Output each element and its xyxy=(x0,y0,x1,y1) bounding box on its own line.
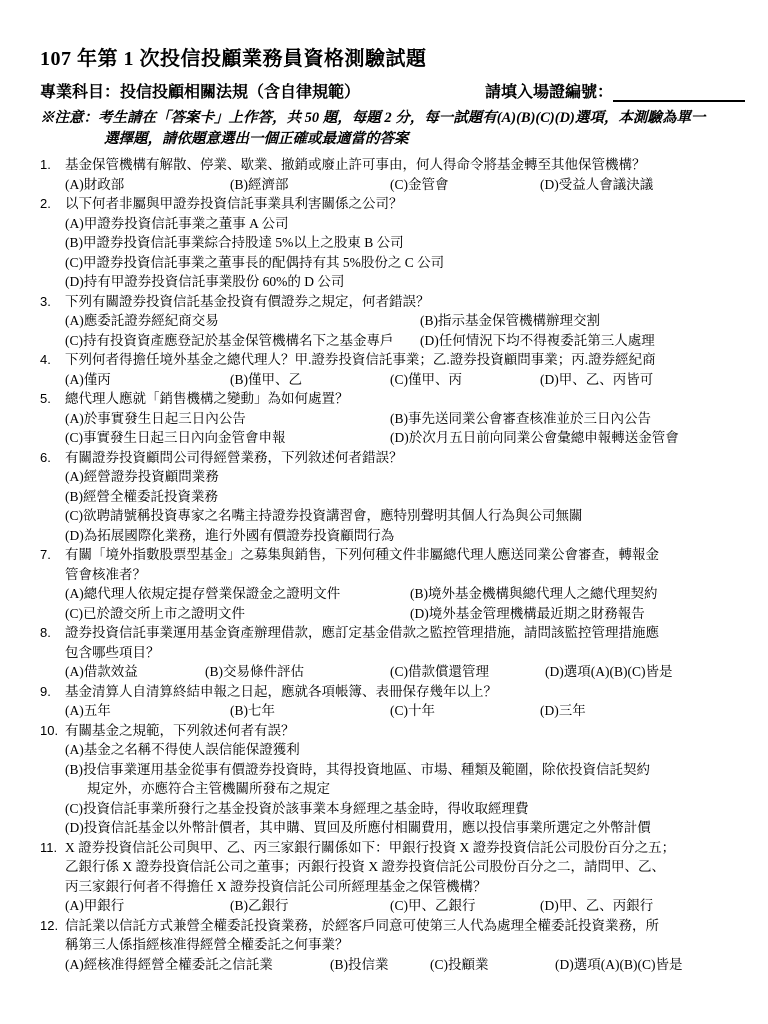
question-6-option-b: (B)經營全權委託投資業務 xyxy=(65,487,745,507)
question-12: 12. 信託業以信託方式兼營全權委託投資業務，於經客戶同意可使第三人代為處理全權… xyxy=(40,916,745,975)
question-2-option-a: (A)甲證券投資信託事業之董事 A 公司 xyxy=(65,214,745,234)
question-5-option-c: (C)事實發生日起三日內向金管會申報 xyxy=(65,428,390,448)
question-5-stem: 總代理人應就「銷售機構之變動」為如何處置？ xyxy=(65,389,745,409)
question-1-stem: 基金保管機構有解散、停業、歇業、撤銷或廢止許可事由，何人得命令將基金轉至其他保管… xyxy=(65,155,745,175)
question-10-option-d: (D)投資信託基金以外幣計價者，其申購、買回及所應付相關費用，應以投信事業所選定… xyxy=(65,818,745,838)
question-8-stem-line1: 證券投資信託事業運用基金資產辦理借款，應訂定基金借款之監控管理措施，請問該監控管… xyxy=(65,623,745,643)
question-9-stem: 基金清算人自清算終結申報之日起，應就各項帳簿、表冊保存幾年以上？ xyxy=(65,682,745,702)
question-8: 8. 證券投資信託事業運用基金資產辦理借款，應訂定基金借款之監控管理措施，請問該… xyxy=(40,623,745,682)
exam-page: 107 年第 1 次投信投顧業務員資格測驗試題 專業科目：投信投顧相關法規（含自… xyxy=(0,0,768,974)
question-9-option-d: (D)三年 xyxy=(540,701,745,721)
question-3-option-a: (A)應委託證券經紀商交易 xyxy=(65,311,420,331)
admission-number-block: 請填入場證編號： xyxy=(485,79,745,102)
question-11-option-a: (A)甲銀行 xyxy=(65,896,230,916)
question-2-option-d: (D)持有甲證券投資信託事業股份 60%的 D 公司 xyxy=(65,272,745,292)
question-5-options-row2: (C)事實發生日起三日內向金管會申報 (D)於次月五日前向同業公會彙總申報轉送金… xyxy=(65,428,745,448)
question-8-option-b: (B)交易條件評估 xyxy=(205,662,390,682)
question-1-options: (A)財政部 (B)經濟部 (C)金管會 (D)受益人會議決議 xyxy=(65,175,745,195)
question-2-stem: 以下何者非屬與甲證券投資信託事業具利害關係之公司？ xyxy=(65,194,745,214)
question-8-option-d: (D)選項(A)(B)(C)皆是 xyxy=(545,662,745,682)
question-7-number: 7. xyxy=(40,545,65,623)
question-9-option-a: (A)五年 xyxy=(65,701,230,721)
question-1-option-a: (A)財政部 xyxy=(65,175,230,195)
question-11-option-b: (B)乙銀行 xyxy=(230,896,390,916)
question-4-option-d: (D)甲、乙、丙皆可 xyxy=(540,370,745,390)
question-1-number: 1. xyxy=(40,155,65,194)
question-10-option-b-line1: (B)投信事業運用基金從事有價證券投資時，其得投資地區、市場、種類及範圍，除依投… xyxy=(65,760,745,780)
question-5: 5. 總代理人應就「銷售機構之變動」為如何處置？ (A)於事實發生日起三日內公告… xyxy=(40,389,745,448)
question-11-number: 11. xyxy=(40,838,65,916)
question-7: 7. 有關「境外指數股票型基金」之募集與銷售，下列何種文件非屬總代理人應送同業公… xyxy=(40,545,745,623)
question-4-option-b: (B)僅甲、乙 xyxy=(230,370,390,390)
question-2-option-c: (C)甲證券投資信託事業之董事長的配偶持有其 5%股份之 C 公司 xyxy=(65,253,745,273)
question-10-option-b-line2: 規定外，亦應符合主管機關所發布之規定 xyxy=(65,779,745,799)
question-6-option-d: (D)為拓展國際化業務，進行外國有價證券投資顧問行為 xyxy=(65,526,745,546)
admission-number-blank-field xyxy=(613,87,745,102)
question-11-option-d: (D)甲、乙、丙銀行 xyxy=(540,896,745,916)
question-8-option-c: (C)借款償還管理 xyxy=(390,662,545,682)
question-3: 3. 下列有關證券投資信託基金投資有價證券之規定，何者錯誤？ (A)應委託證券經… xyxy=(40,292,745,351)
question-12-stem-line2: 稱第三人係指經核准得經營全權委託之何事業？ xyxy=(65,935,745,955)
admission-number-label: 請填入場證編號： xyxy=(485,79,613,102)
question-9-option-b: (B)七年 xyxy=(230,701,390,721)
question-7-stem-line1: 有關「境外指數股票型基金」之募集與銷售，下列何種文件非屬總代理人應送同業公會審查… xyxy=(65,545,745,565)
question-6-option-a: (A)經營證券投資顧問業務 xyxy=(65,467,745,487)
question-7-option-b: (B)境外基金機構與總代理人之總代理契約 xyxy=(410,584,745,604)
question-3-option-c: (C)持有投資資產應登記於基金保管機構名下之基金專戶 xyxy=(65,331,420,351)
question-11-stem-line1: X 證券投資信託公司與甲、乙、丙三家銀行關係如下：甲銀行投資 X 證券投資信託公… xyxy=(65,838,745,858)
question-11: 11. X 證券投資信託公司與甲、乙、丙三家銀行關係如下：甲銀行投資 X 證券投… xyxy=(40,838,745,916)
question-8-options: (A)借款效益 (B)交易條件評估 (C)借款償還管理 (D)選項(A)(B)(… xyxy=(65,662,745,682)
question-12-option-b: (B)投信業 xyxy=(330,955,430,975)
question-9: 9. 基金清算人自清算終結申報之日起，應就各項帳簿、表冊保存幾年以上？ (A)五… xyxy=(40,682,745,721)
exam-notice-line1: ※注意：考生請在「答案卡」上作答，共 50 題，每題 2 分，每一試題有(A)(… xyxy=(40,108,745,129)
question-4-stem: 下列何者得擔任境外基金之總代理人？甲.證券投資信託事業；乙.證券投資顧問事業；丙… xyxy=(65,350,745,370)
question-12-option-c: (C)投顧業 xyxy=(430,955,555,975)
question-1-option-d: (D)受益人會議決議 xyxy=(540,175,745,195)
question-3-options-row2: (C)持有投資資產應登記於基金保管機構名下之基金專戶 (D)任何情況下均不得複委… xyxy=(65,331,745,351)
question-8-number: 8. xyxy=(40,623,65,682)
question-10: 10. 有關基金之規範，下列敘述何者有誤？ (A)基金之名稱不得使人誤信能保證獲… xyxy=(40,721,745,838)
question-3-stem: 下列有關證券投資信託基金投資有價證券之規定，何者錯誤？ xyxy=(65,292,745,312)
question-5-option-a: (A)於事實發生日起三日內公告 xyxy=(65,409,390,429)
question-11-options: (A)甲銀行 (B)乙銀行 (C)甲、乙銀行 (D)甲、乙、丙銀行 xyxy=(65,896,745,916)
question-10-option-a: (A)基金之名稱不得使人誤信能保證獲利 xyxy=(65,740,745,760)
question-12-options: (A)經核准得經營全權委託之信託業 (B)投信業 (C)投顧業 (D)選項(A)… xyxy=(65,955,745,975)
question-11-stem-line2: 乙銀行係 X 證券投資信託公司之董事；丙銀行投資 X 證券投資信託公司股份百分之… xyxy=(65,857,745,877)
question-10-stem: 有關基金之規範，下列敘述何者有誤？ xyxy=(65,721,745,741)
question-7-stem-line2: 管會核准者？ xyxy=(65,565,745,585)
question-4-options: (A)僅丙 (B)僅甲、乙 (C)僅甲、丙 (D)甲、乙、丙皆可 xyxy=(65,370,745,390)
question-5-number: 5. xyxy=(40,389,65,448)
question-11-stem-line3: 丙三家銀行何者不得擔任 X 證券投資信託公司所經理基金之保管機構？ xyxy=(65,877,745,897)
question-5-option-d: (D)於次月五日前向同業公會彙總申報轉送金管會 xyxy=(390,428,745,448)
exam-notice-line2: 選擇題，請依題意選出一個正確或最適當的答案 xyxy=(40,129,745,150)
question-12-number: 12. xyxy=(40,916,65,975)
question-5-options-row1: (A)於事實發生日起三日內公告 (B)事先送同業公會審查核准並於三日內公告 xyxy=(65,409,745,429)
question-7-options-row2: (C)已於證交所上市之證明文件 (D)境外基金管理機構最近期之財務報告 xyxy=(65,604,745,624)
question-3-options-row1: (A)應委託證券經紀商交易 (B)指示基金保管機構辦理交割 xyxy=(65,311,745,331)
question-2-number: 2. xyxy=(40,194,65,292)
question-3-number: 3. xyxy=(40,292,65,351)
question-6-option-c: (C)欲聘請號稱投資專家之名嘴主持證券投資講習會，應特別聲明其個人行為與公司無關 xyxy=(65,506,745,526)
question-8-option-a: (A)借款效益 xyxy=(65,662,205,682)
question-9-option-c: (C)十年 xyxy=(390,701,540,721)
question-7-option-a: (A)總代理人依規定提存營業保證金之證明文件 xyxy=(65,584,410,604)
question-10-number: 10. xyxy=(40,721,65,838)
question-1-option-b: (B)經濟部 xyxy=(230,175,390,195)
question-8-stem-line2: 包含哪些項目？ xyxy=(65,643,745,663)
question-10-option-c: (C)投資信託事業所發行之基金投資於該事業本身經理之基金時，得收取經理費 xyxy=(65,799,745,819)
question-6-number: 6. xyxy=(40,448,65,546)
question-5-option-b: (B)事先送同業公會審查核准並於三日內公告 xyxy=(390,409,745,429)
subject-row: 專業科目：投信投顧相關法規（含自律規範） 請填入場證編號： xyxy=(40,79,745,102)
question-1: 1. 基金保管機構有解散、停業、歇業、撤銷或廢止許可事由，何人得命令將基金轉至其… xyxy=(40,155,745,194)
question-2-option-b: (B)甲證券投資信託事業綜合持股達 5%以上之股東 B 公司 xyxy=(65,233,745,253)
question-list: 1. 基金保管機構有解散、停業、歇業、撤銷或廢止許可事由，何人得命令將基金轉至其… xyxy=(40,155,745,974)
question-4-option-a: (A)僅丙 xyxy=(65,370,230,390)
question-11-option-c: (C)甲、乙銀行 xyxy=(390,896,540,916)
page-title: 107 年第 1 次投信投顧業務員資格測驗試題 xyxy=(40,42,745,71)
question-4: 4. 下列何者得擔任境外基金之總代理人？甲.證券投資信託事業；乙.證券投資顧問事… xyxy=(40,350,745,389)
question-6-stem: 有關證券投資顧問公司得經營業務，下列敘述何者錯誤？ xyxy=(65,448,745,468)
question-7-option-c: (C)已於證交所上市之證明文件 xyxy=(65,604,410,624)
question-2: 2. 以下何者非屬與甲證券投資信託事業具利害關係之公司？ (A)甲證券投資信託事… xyxy=(40,194,745,292)
question-12-option-a: (A)經核准得經營全權委託之信託業 xyxy=(65,955,330,975)
question-1-option-c: (C)金管會 xyxy=(390,175,540,195)
question-12-option-d: (D)選項(A)(B)(C)皆是 xyxy=(555,955,745,975)
question-6: 6. 有關證券投資顧問公司得經營業務，下列敘述何者錯誤？ (A)經營證券投資顧問… xyxy=(40,448,745,546)
question-3-option-b: (B)指示基金保管機構辦理交割 xyxy=(420,311,745,331)
question-7-option-d: (D)境外基金管理機構最近期之財務報告 xyxy=(410,604,745,624)
question-9-number: 9. xyxy=(40,682,65,721)
question-3-option-d: (D)任何情況下均不得複委託第三人處理 xyxy=(420,331,745,351)
question-4-number: 4. xyxy=(40,350,65,389)
subject-label: 專業科目：投信投顧相關法規（含自律規範） xyxy=(40,79,360,102)
question-12-stem-line1: 信託業以信託方式兼營全權委託投資業務，於經客戶同意可使第三人代為處理全權委託投資… xyxy=(65,916,745,936)
question-7-options-row1: (A)總代理人依規定提存營業保證金之證明文件 (B)境外基金機構與總代理人之總代… xyxy=(65,584,745,604)
question-9-options: (A)五年 (B)七年 (C)十年 (D)三年 xyxy=(65,701,745,721)
question-4-option-c: (C)僅甲、丙 xyxy=(390,370,540,390)
